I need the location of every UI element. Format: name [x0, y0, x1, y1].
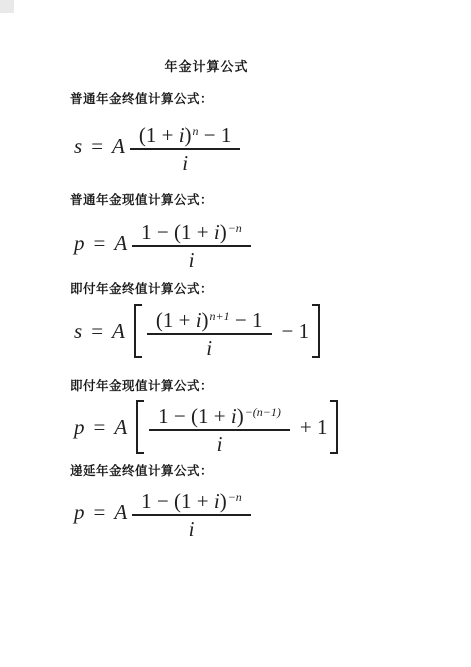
formula-label: 即付年金终值计算公式： — [70, 279, 471, 297]
formula-section-due-present-value: 即付年金现值计算公式： p=A1 − (1 + i)−(n−1)i+ 1 — [0, 376, 471, 455]
formula-coefficient: A — [114, 415, 127, 440]
numerator-close: ) — [202, 308, 209, 332]
fraction: (1 + i)n − 1i — [130, 118, 241, 174]
denominator: i — [182, 150, 188, 174]
bracket-addend: − 1 — [282, 319, 310, 344]
equals-sign: = — [94, 231, 106, 256]
bracket-addend: + 1 — [300, 415, 328, 440]
formula-lhs: p — [74, 415, 85, 440]
formula: s=A(1 + i)n+1 − 1i− 1 — [74, 303, 471, 359]
exponent-superscript: n — [193, 124, 199, 138]
document-title: 年金计算公式 — [0, 56, 471, 75]
formula-section-due-future-value: 即付年金终值计算公式： s=A(1 + i)n+1 − 1i− 1 — [0, 279, 471, 359]
exponent-superscript: −n — [228, 490, 242, 504]
equals-sign: = — [91, 319, 103, 344]
right-bracket — [330, 400, 338, 454]
denominator: i — [206, 335, 212, 359]
numerator: 1 − (1 + i)−n — [132, 484, 251, 516]
equals-sign: = — [91, 134, 103, 159]
formula-coefficient: A — [114, 500, 127, 525]
numerator-open: 1 − (1 + — [141, 489, 214, 513]
numerator-open: 1 − (1 + — [141, 220, 214, 244]
formula: s=A(1 + i)n − 1i — [74, 118, 471, 174]
formula-label: 递延年金终值计算公式： — [70, 461, 471, 479]
right-bracket — [312, 304, 320, 358]
document-page: 年金计算公式 普通年金终值计算公式： s=A(1 + i)n − 1i 普通年金… — [0, 0, 471, 667]
numerator-close: ) — [220, 220, 227, 244]
left-bracket — [134, 304, 142, 358]
formula-label: 普通年金现值计算公式： — [70, 190, 471, 208]
formula-lhs: s — [74, 134, 82, 159]
numerator-open: (1 + — [139, 123, 179, 147]
equals-sign: = — [94, 500, 106, 525]
scan-artifact — [0, 0, 14, 13]
formula-section-ordinary-future-value: 普通年金终值计算公式： s=A(1 + i)n − 1i — [0, 89, 471, 174]
numerator-close: ) — [220, 489, 227, 513]
numerator-open: 1 − (1 + — [158, 404, 231, 428]
fraction: (1 + i)n+1 − 1i — [147, 303, 272, 359]
exponent-superscript: −n — [228, 221, 242, 235]
formula-coefficient: A — [112, 134, 125, 159]
fraction: 1 − (1 + i)−(n−1)i — [149, 399, 290, 455]
formula-lhs: p — [74, 231, 85, 256]
numerator-tail: − 1 — [199, 123, 232, 147]
numerator-close: ) — [185, 123, 192, 147]
formula: p=A1 − (1 + i)−ni — [74, 215, 471, 271]
numerator-close: ) — [237, 404, 244, 428]
formula-lhs: p — [74, 500, 85, 525]
formula-label: 即付年金现值计算公式： — [70, 376, 471, 394]
formula-label: 普通年金终值计算公式： — [70, 89, 471, 107]
denominator: i — [189, 247, 195, 271]
numerator: (1 + i)n+1 − 1 — [147, 303, 272, 335]
formula-section-deferred: 递延年金终值计算公式： p=A1 − (1 + i)−ni — [0, 461, 471, 540]
formula-coefficient: A — [112, 319, 125, 344]
formula: p=A1 − (1 + i)−ni — [74, 484, 471, 540]
left-bracket — [136, 400, 144, 454]
numerator: 1 − (1 + i)−(n−1) — [149, 399, 290, 431]
numerator-tail: − 1 — [230, 308, 263, 332]
numerator: (1 + i)n − 1 — [130, 118, 241, 150]
numerator-open: (1 + — [156, 308, 196, 332]
formula-coefficient: A — [114, 231, 127, 256]
numerator: 1 − (1 + i)−n — [132, 215, 251, 247]
fraction: 1 − (1 + i)−ni — [132, 484, 251, 540]
exponent-superscript: −(n−1) — [245, 405, 281, 419]
formula-section-ordinary-present-value: 普通年金现值计算公式： p=A1 − (1 + i)−ni — [0, 190, 471, 271]
formula: p=A1 − (1 + i)−(n−1)i+ 1 — [74, 399, 471, 455]
equals-sign: = — [94, 415, 106, 440]
exponent-superscript: n+1 — [210, 309, 230, 323]
denominator: i — [217, 431, 223, 455]
formula-lhs: s — [74, 319, 82, 344]
fraction: 1 − (1 + i)−ni — [132, 215, 251, 271]
denominator: i — [189, 516, 195, 540]
